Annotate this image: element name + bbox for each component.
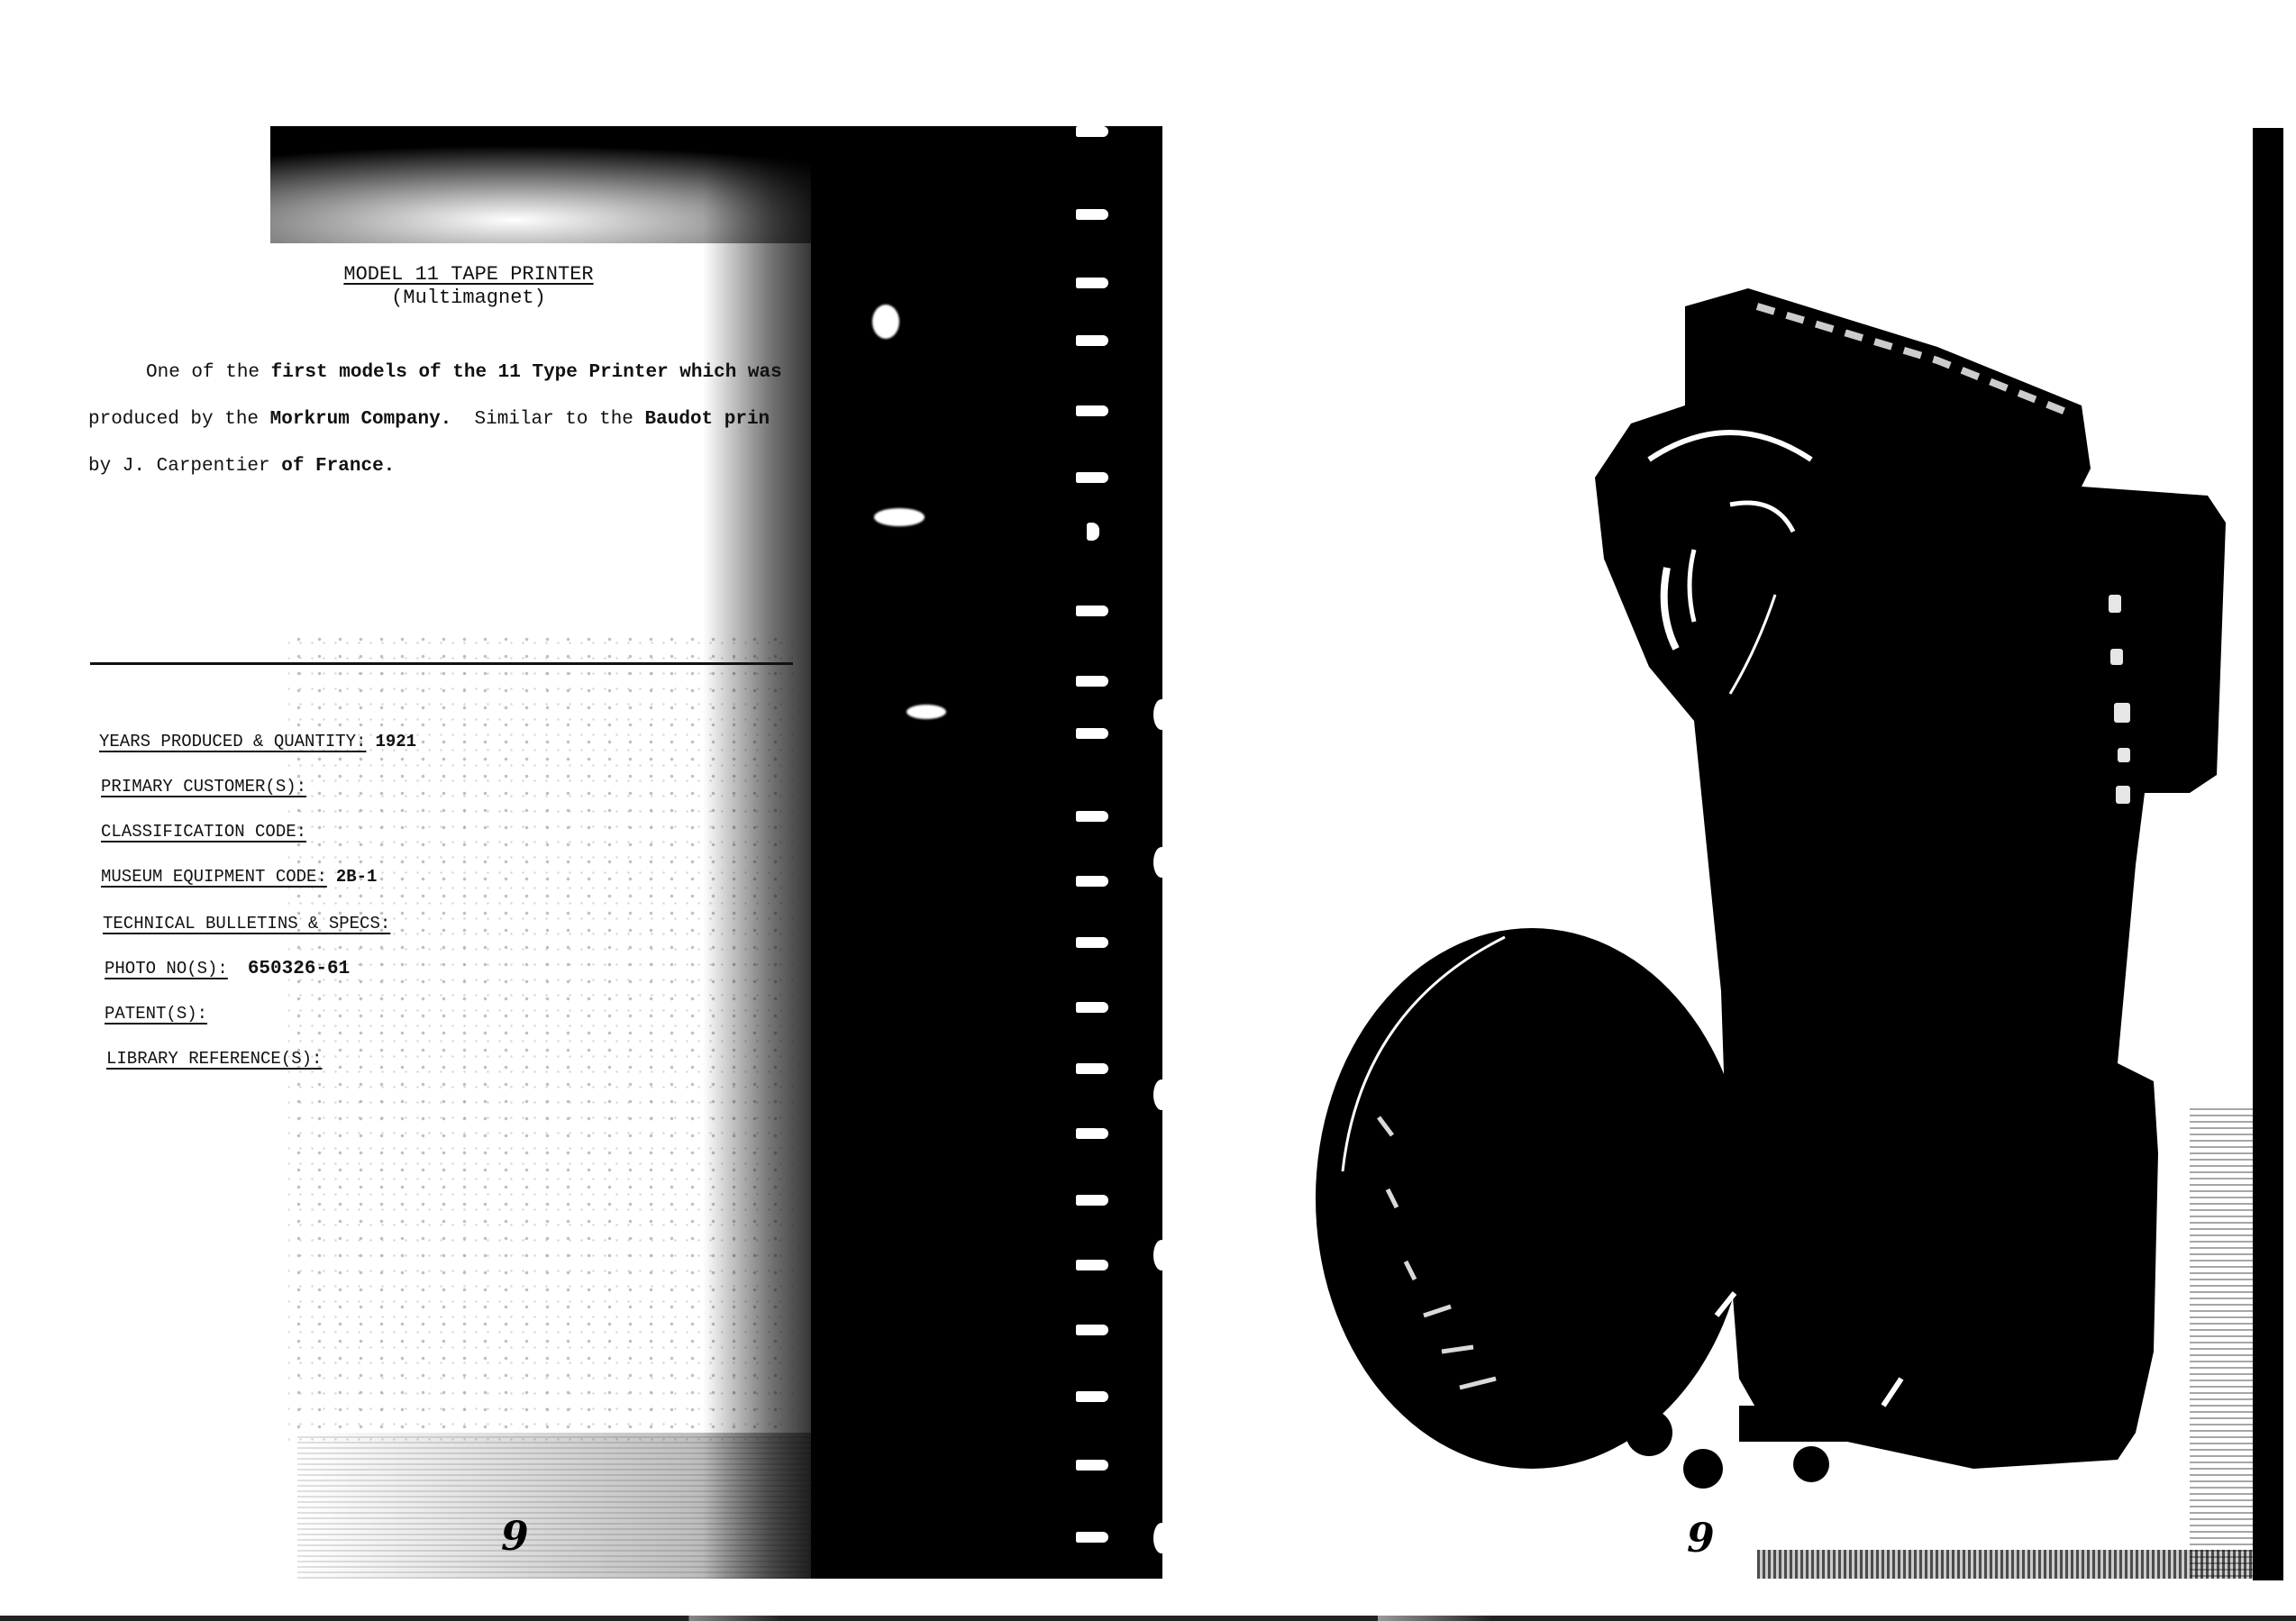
printer-photo — [1307, 270, 2253, 1514]
spine-tab-mark — [1087, 523, 1099, 541]
spine-tab-mark — [1076, 209, 1108, 220]
field-years-produced: YEARS PRODUCED & QUANTITY:1921 — [99, 732, 416, 751]
field-technical-bulletins: TECHNICAL BULLETINS & SPECS: — [103, 914, 399, 933]
spine-tab-mark — [1076, 1391, 1108, 1402]
spine-tab-mark — [1076, 606, 1108, 616]
punch-hole — [874, 508, 925, 526]
spine-tab-mark — [1076, 937, 1108, 948]
field-classification-code: CLASSIFICATION CODE: — [101, 822, 315, 842]
scan-shadow-bottom — [297, 1433, 1081, 1579]
spine-tab-mark — [1076, 811, 1108, 822]
field-museum-equipment-code: MUSEUM EQUIPMENT CODE:2B-1 — [101, 867, 377, 887]
spine-tab-mark — [1076, 728, 1108, 739]
document-title-block: MODEL 11 TAPE PRINTER (Multimagnet) — [0, 263, 937, 310]
scan-edge-bottom — [0, 1616, 2296, 1621]
spine-tab-mark — [1076, 126, 1108, 137]
field-primary-customers: PRIMARY CUSTOMER(S): — [101, 777, 315, 797]
section-divider — [90, 662, 793, 665]
spine-tab-mark — [1076, 335, 1108, 346]
description-line-1: One of the first models of the 11 Type P… — [88, 350, 899, 396]
spine-tab-mark — [1076, 1002, 1108, 1013]
field-photo-numbers: PHOTO NO(S):650326-61 — [105, 959, 350, 979]
punch-hole — [907, 705, 946, 719]
left-page-number: 9 — [501, 1514, 529, 1560]
spine-tab-mark — [1076, 1260, 1108, 1270]
binding-spine — [1063, 126, 1162, 1579]
spine-tab-mark — [1076, 676, 1108, 687]
left-page — [0, 126, 1171, 1579]
spine-tab-mark — [1076, 1128, 1108, 1139]
field-library-references: LIBRARY REFERENCE(S): — [106, 1049, 331, 1069]
field-patents: PATENT(S): — [105, 1004, 216, 1024]
spine-tab-mark — [1076, 278, 1108, 288]
spine-tab-mark — [1076, 472, 1108, 483]
scan-edge-right — [2253, 128, 2283, 1580]
scanned-document-spread: MODEL 11 TAPE PRINTER (Multimagnet) One … — [0, 0, 2296, 1621]
description-line-2: produced by the Morkrum Company. Similar… — [88, 396, 899, 443]
spine-tab-mark — [1076, 1532, 1108, 1543]
spine-tab-mark — [1076, 1063, 1108, 1074]
spine-tab-mark — [1076, 1325, 1108, 1335]
scan-noise-bottom-right — [1757, 1550, 2262, 1579]
spine-tab-mark — [1076, 1460, 1108, 1471]
document-subtitle: (Multimagnet) — [0, 287, 937, 310]
spine-tab-mark — [1076, 876, 1108, 887]
spine-tab-mark — [1076, 405, 1108, 416]
right-page-number: 9 — [1687, 1516, 1715, 1562]
document-title: MODEL 11 TAPE PRINTER — [343, 263, 593, 286]
spine-tab-mark — [1076, 1195, 1108, 1206]
description-paragraph: One of the first models of the 11 Type P… — [88, 350, 899, 490]
description-line-3: by J. Carpentier of France. — [88, 443, 899, 490]
scan-shadow-core — [811, 126, 1081, 1579]
